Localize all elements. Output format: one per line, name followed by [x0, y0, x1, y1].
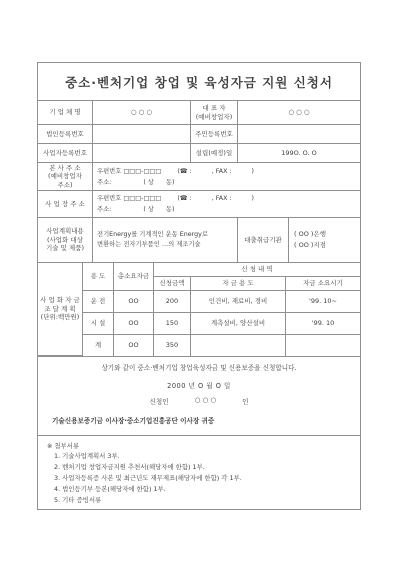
declaration-section: 상기와 같이 중소·벤처기업 창업육성자금 및 신용보증을 신청합니다. 200… — [38, 357, 360, 436]
funding-row-total: OO — [114, 291, 154, 313]
biz-reg-row: 사업자등록번호 설립(예정)일 199O. O. O — [38, 144, 360, 163]
company-name-value: ○ ○ ○ — [93, 101, 191, 124]
funding-row-usage: 계 — [83, 335, 114, 356]
founding-date-label: 설립(예정)일 — [191, 144, 238, 162]
attachment-item: 2. 벤처기업 창업자금지원 추천서(해당자에 한함) 1부. — [54, 462, 354, 473]
attachment-item: 1. 기술사업계획서 3부. — [54, 451, 354, 462]
biz-address-label: 사 업 장 주 소 — [38, 191, 93, 217]
funding-row-fund-usage: 계측설비, 양산설비 — [191, 313, 286, 335]
attachments-list: 1. 기술사업계획서 3부. 2. 벤처기업 창업자금지원 추천서(해당자에 한… — [47, 451, 354, 506]
biz-address-postal-line: 우편번호 □□□-□□□ (☎ : , FAX : ) — [97, 193, 254, 204]
funding-col-usage: 용 도 — [83, 263, 114, 291]
funding-col-total: 총소요자금 — [114, 263, 154, 291]
application-form: 중소·벤처기업 창업 및 육성자금 지원 신청서 기 업 체 명 ○ ○ ○ 대… — [37, 62, 361, 510]
corp-reg-value — [93, 125, 191, 143]
funding-row-timing — [286, 335, 360, 356]
biz-reg-value — [93, 144, 191, 162]
attachments-section: ※ 첨부서류 1. 기술사업계획서 3부. 2. 벤처기업 창업자금지원 추천서… — [38, 436, 360, 506]
funding-col-amount: 신청금액 — [154, 277, 191, 291]
company-row: 기 업 체 명 ○ ○ ○ 대 표 자 (예비창업자) ○ ○ ○ — [38, 101, 360, 125]
resident-reg-value — [238, 125, 360, 143]
hq-address-street-line: 주소: ( 상 동) — [97, 177, 174, 188]
form-title: 중소·벤처기업 창업 및 육성자금 지원 신청서 — [65, 73, 333, 91]
ceo-label: 대 표 자 (예비창업자) — [191, 101, 238, 124]
attachment-item: 4. 법인등기부 등본(해당자에 한함) 1부. — [54, 484, 354, 495]
funding-row-fund-usage: 인건비, 재료비, 경비 — [191, 291, 286, 313]
applicant-label: 신청인 — [150, 396, 169, 406]
applicant-name: ○ ○ ○ — [195, 396, 216, 406]
founding-date-value: 199O. O. O — [238, 144, 360, 162]
business-plan-content: 전기Energy를 기계적인 운동 Energy로 변환하는 전자기부품인 …의… — [93, 218, 238, 262]
funding-row-fund-usage — [191, 335, 286, 356]
registration-row: 법인등록번호 주민등록번호 — [38, 125, 360, 144]
funding-col-request-group: 신 청 내 역 — [154, 263, 360, 277]
ceo-value: ○ ○ ○ — [238, 101, 360, 124]
hq-address-row: 본 사 주 소 (예비창업자 주소) 우편번호 □□□-□□□ (☎ : , F… — [38, 163, 360, 191]
biz-address-body: 우편번호 □□□-□□□ (☎ : , FAX : ) 주소: ( 상 동) — [93, 191, 360, 217]
hq-address-postal-line: 우편번호 □□□-□□□ (☎ : , FAX : ) — [97, 166, 254, 177]
funding-row-timing: '99. 10~ — [286, 291, 360, 313]
corp-reg-label: 법인등록번호 — [38, 125, 93, 143]
title-row: 중소·벤처기업 창업 및 육성자금 지원 신청서 — [38, 63, 360, 101]
funding-row-timing: '99. 10 — [286, 313, 360, 335]
hq-address-body: 우편번호 □□□-□□□ (☎ : , FAX : ) 주소: ( 상 동) — [93, 163, 360, 190]
biz-reg-label: 사업자등록번호 — [38, 144, 93, 162]
recipient-line: 기술신용보증기금 이사장·중소기업진흥공단 이사장 귀중 — [38, 415, 360, 425]
funding-col-fund-usage: 자 금 용 도 — [191, 277, 286, 291]
attachment-item: 5. 기타 증빙서류 — [54, 495, 354, 506]
biz-address-street-line: 주소: ( 상 동) — [97, 204, 174, 215]
funding-row-total: OO — [114, 335, 154, 356]
funding-plan-table: 사 업 화 자 금 조 달 계 획 (단위:백만원) 용 도 총소요자금 신 청… — [38, 263, 360, 357]
lender-value: ( OO )은행 ( OO )지점 — [289, 218, 360, 262]
company-name-label: 기 업 체 명 — [38, 101, 93, 124]
funding-row-amount: 200 — [154, 291, 191, 313]
funding-row-usage: 운 전 — [83, 291, 114, 313]
hq-address-label: 본 사 주 소 (예비창업자 주소) — [38, 163, 93, 190]
biz-address-row: 사 업 장 주 소 우편번호 □□□-□□□ (☎ : , FAX : ) 주소… — [38, 191, 360, 218]
funding-row-total: OO — [114, 313, 154, 335]
resident-reg-label: 주민등록번호 — [191, 125, 238, 143]
attachment-item: 3. 사업자등록증 사본 및 최근년도 재무제표(해당자에 한함) 각 1부. — [54, 473, 354, 484]
funding-col-timing: 자금 소요시기 — [286, 277, 360, 291]
funding-row-usage: 시 설 — [83, 313, 114, 335]
funding-plan-label: 사 업 화 자 금 조 달 계 획 (단위:백만원) — [38, 263, 83, 356]
declaration-date: 2000 년 O 월 O 일 — [38, 380, 360, 390]
funding-row-amount: 350 — [154, 335, 191, 356]
applicant-line: 신청인 ○ ○ ○ 인 — [38, 396, 360, 406]
lender-label: 대출취급기관 — [238, 218, 289, 262]
applicant-seal: 인 — [242, 396, 248, 406]
attachments-heading: ※ 첨부서류 — [47, 441, 354, 451]
funding-row-amount: 150 — [154, 313, 191, 335]
business-plan-row: 사업계획내용 (사업화 대상 기술 및 제품) 전기Energy를 기계적인 운… — [38, 218, 360, 263]
declaration-statement: 상기와 같이 중소·벤처기업 창업육성자금 및 신용보증을 신청합니다. — [38, 362, 360, 372]
business-plan-label: 사업계획내용 (사업화 대상 기술 및 제품) — [38, 218, 93, 262]
